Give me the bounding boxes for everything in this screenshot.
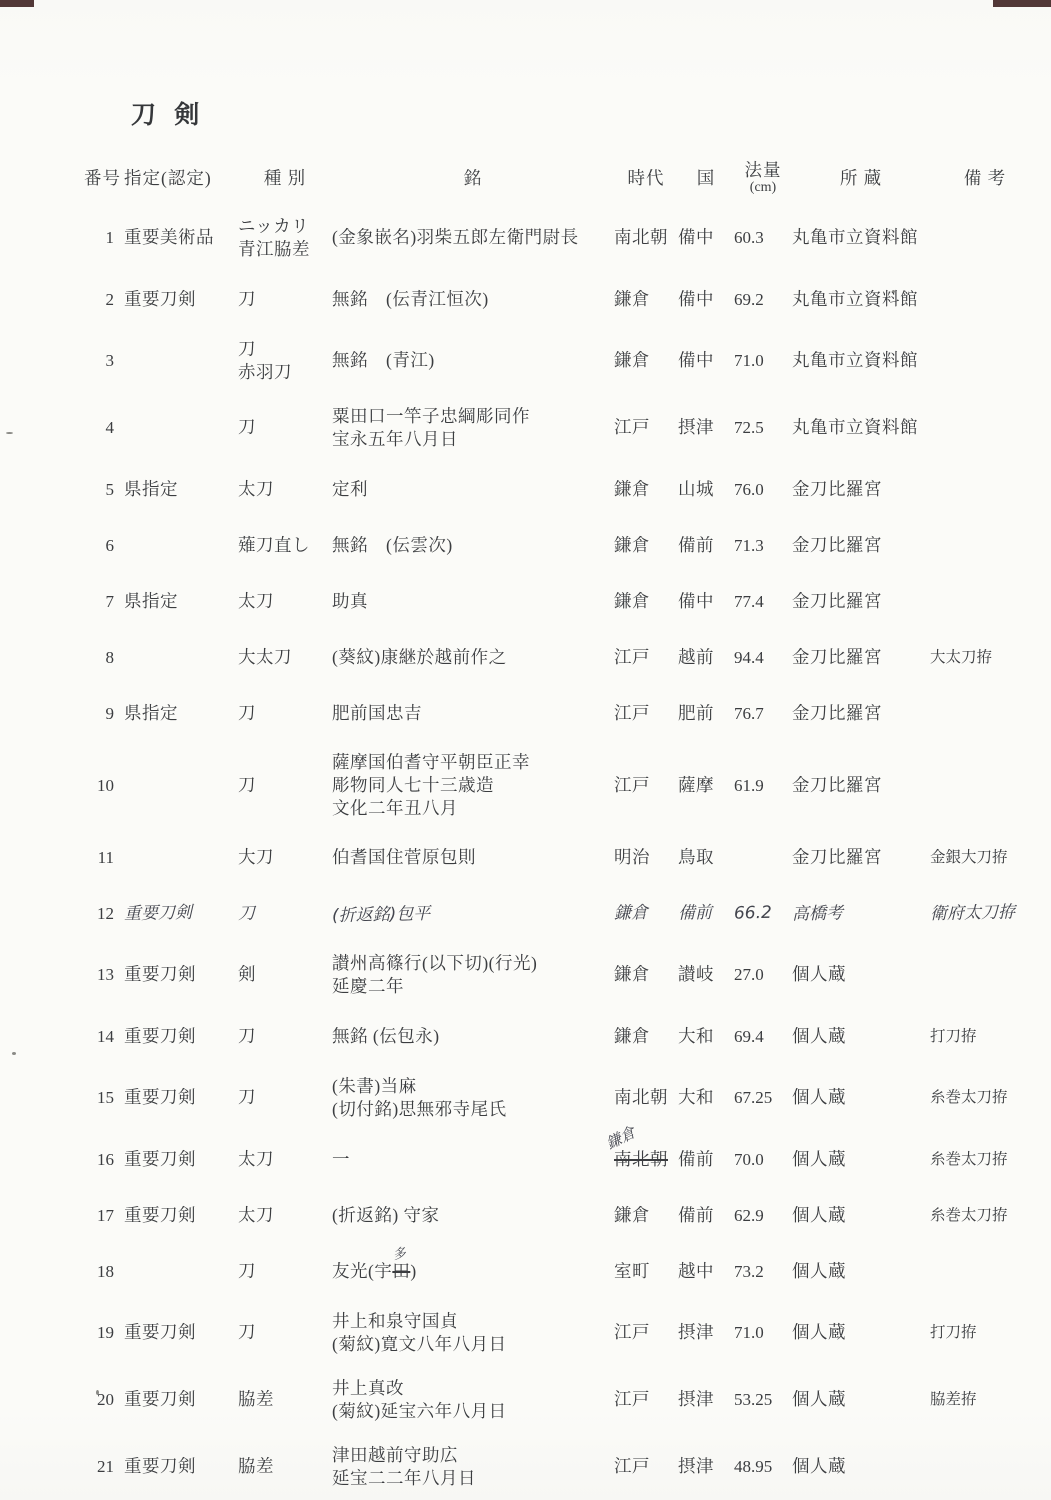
- header-owner: 所 蔵: [792, 168, 930, 188]
- cell-number: 17: [84, 1204, 124, 1227]
- cell-mei: (葵紋)康継於越前作之: [332, 646, 614, 669]
- cell-size: 53.25: [734, 1388, 792, 1411]
- cell-number: 15: [84, 1086, 124, 1109]
- cell-number: 8: [84, 646, 124, 669]
- table-row: 3刀赤羽刀無銘 (青江)鎌倉備中71.0丸亀市立資料館: [0, 327, 1051, 394]
- cell-notes: 糸巻太刀拵: [930, 1204, 1040, 1227]
- cell-size: 71.0: [734, 1321, 792, 1344]
- cell-designation: 重要刀剣: [124, 900, 238, 925]
- table-row: 12重要刀剣刀(折返銘)包平鎌倉備前66.2高橋考衛府太刀拵: [0, 885, 1051, 941]
- cell-designation: 重要刀剣: [124, 1388, 238, 1411]
- header-notes: 備 考: [930, 168, 1040, 188]
- cell-province: 備前: [678, 1148, 734, 1171]
- cell-mei: 無銘 (伝雲次): [332, 534, 614, 557]
- cell-type: 刀: [238, 774, 332, 797]
- cell-era: 江戸: [614, 702, 678, 725]
- cell-owner: 金刀比羅宮: [792, 534, 930, 557]
- header-designation: 指定(認定): [124, 168, 238, 188]
- cell-era: 江戸: [614, 1388, 678, 1411]
- cell-type: 太刀: [238, 1148, 332, 1171]
- cell-owner: 金刀比羅宮: [792, 478, 930, 501]
- cell-owner: 個人蔵: [792, 1025, 930, 1048]
- cell-type: 刀: [238, 901, 332, 926]
- cell-province: 肥前: [678, 702, 734, 725]
- cell-mei: 無銘 (青江): [332, 349, 614, 372]
- cell-number: 4: [84, 416, 124, 439]
- table-row: 9県指定刀肥前国忠吉江戸肥前76.7金刀比羅宮: [0, 685, 1051, 741]
- cell-owner: 個人蔵: [792, 1321, 930, 1344]
- handwritten-correction: 多: [391, 1241, 409, 1266]
- cell-province: 備前: [678, 901, 734, 925]
- cell-era: 江戸: [614, 1321, 678, 1344]
- cell-size: 69.4: [734, 1025, 792, 1048]
- table-row: 6薙刀直し無銘 (伝雲次)鎌倉備前71.3金刀比羅宮: [0, 517, 1051, 573]
- cell-number: 1: [84, 226, 124, 249]
- cell-province: 越中: [678, 1260, 734, 1283]
- cell-mei: 肥前国忠吉: [332, 702, 614, 725]
- cell-mei: (折返銘) 守家: [332, 1204, 614, 1227]
- cell-mei: 一: [332, 1148, 614, 1171]
- cell-designation: 重要刀剣: [124, 1086, 238, 1109]
- cell-type: 太刀: [238, 590, 332, 613]
- cell-owner: 個人蔵: [792, 1260, 930, 1283]
- cell-size: 71.0: [734, 349, 792, 372]
- header-number: 番号: [84, 168, 124, 188]
- cell-owner: 丸亀市立資料館: [792, 288, 930, 311]
- cell-notes: 糸巻太刀拵: [930, 1148, 1040, 1171]
- cell-province: 摂津: [678, 1321, 734, 1344]
- cell-notes: 衛府太刀拵: [930, 900, 1040, 925]
- header-mei: 銘: [332, 168, 614, 188]
- table-row: 19重要刀剣刀井上和泉守国貞(菊紋)寛文八年八月日江戸摂津71.0個人蔵打刀拵: [0, 1299, 1051, 1366]
- cell-province: 備前: [678, 1204, 734, 1227]
- cell-mei: 定利: [332, 478, 614, 501]
- cell-era: 鎌倉: [614, 963, 678, 986]
- cell-province: 備中: [678, 288, 734, 311]
- cell-size: 77.4: [734, 590, 792, 613]
- cell-era: 江戸: [614, 1455, 678, 1478]
- cell-owner: 個人蔵: [792, 963, 930, 986]
- cell-number: 16: [84, 1148, 124, 1171]
- cell-designation: 重要刀剣: [124, 1204, 238, 1227]
- cell-era: 江戸: [614, 646, 678, 669]
- cell-owner: 金刀比羅宮: [792, 590, 930, 613]
- cell-province: 備中: [678, 226, 734, 249]
- cell-number: 20: [84, 1388, 124, 1411]
- cell-province: 備中: [678, 590, 734, 613]
- cell-era: 鎌倉: [614, 288, 678, 311]
- cell-province: 備中: [678, 349, 734, 372]
- cell-province: 大和: [678, 1025, 734, 1048]
- cell-size: 62.9: [734, 1204, 792, 1227]
- cell-size: 27.0: [734, 963, 792, 986]
- cell-number: 9: [84, 702, 124, 725]
- cell-notes: 打刀拵: [930, 1025, 1040, 1048]
- cell-owner: 丸亀市立資料館: [792, 416, 930, 439]
- cell-province: 越前: [678, 646, 734, 669]
- page-title: 刀 剣: [131, 95, 205, 131]
- cell-number: 13: [84, 963, 124, 986]
- header-size-line1: 法量: [745, 160, 782, 180]
- cell-designation: 重要刀剣: [124, 288, 238, 311]
- sword-table: 番号 指定(認定) 種 別 銘 時代 国 法量 (cm) 所 蔵 備 考 1重要…: [0, 152, 1051, 1500]
- cell-owner: 個人蔵: [792, 1086, 930, 1109]
- cell-era: 明治: [614, 846, 678, 869]
- table-row: 21重要刀剣脇差津田越前守助広延宝二二年八月日江戸摂津48.95個人蔵: [0, 1433, 1051, 1500]
- cell-mei: 無銘 (伝包永): [332, 1025, 614, 1048]
- table-row: 20重要刀剣脇差井上真改(菊紋)延宝六年八月日江戸摂津53.25個人蔵脇差拵: [0, 1366, 1051, 1433]
- cell-mei: 伯耆国住菅原包則: [332, 846, 614, 869]
- cell-size: 60.3: [734, 226, 792, 249]
- table-body: 1重要美術品ニッカリ青江脇差(金象嵌名)羽柴五郎左衛門尉長南北朝備中60.3丸亀…: [0, 204, 1051, 1500]
- cell-number: 2: [84, 288, 124, 311]
- table-row: 7県指定太刀助真鎌倉備中77.4金刀比羅宮: [0, 573, 1051, 629]
- cell-province: 薩摩: [678, 774, 734, 797]
- cell-province: 山城: [678, 478, 734, 501]
- cell-owner: 個人蔵: [792, 1455, 930, 1478]
- cell-designation: 県指定: [124, 590, 238, 613]
- cell-owner: 個人蔵: [792, 1204, 930, 1227]
- cell-number: 14: [84, 1025, 124, 1048]
- cell-designation: 重要刀剣: [124, 1455, 238, 1478]
- cell-mei: (折返銘)包平: [332, 899, 614, 928]
- cell-era: 鎌倉: [614, 590, 678, 613]
- cell-mei: 粟田口一竿子忠綱彫同作宝永五年八月日: [332, 405, 614, 451]
- cell-type: 大刀: [238, 846, 332, 869]
- cell-owner: 金刀比羅宮: [792, 846, 930, 869]
- table-row: 14重要刀剣刀無銘 (伝包永)鎌倉大和69.4個人蔵打刀拵: [0, 1008, 1051, 1064]
- cell-number: 12: [84, 902, 124, 925]
- cell-era: 江戸: [614, 416, 678, 439]
- cell-mei: 井上真改(菊紋)延宝六年八月日: [332, 1377, 614, 1423]
- table-row: 4刀粟田口一竿子忠綱彫同作宝永五年八月日江戸摂津72.5丸亀市立資料館: [0, 394, 1051, 461]
- cell-designation: 重要刀剣: [124, 1025, 238, 1048]
- cell-number: 6: [84, 534, 124, 557]
- cell-province: 摂津: [678, 416, 734, 439]
- cell-size: 61.9: [734, 774, 792, 797]
- scan-corner-mark: [0, 0, 34, 7]
- cell-mei: 無銘 (伝青江恒次): [332, 288, 614, 311]
- cell-province: 摂津: [678, 1455, 734, 1478]
- cell-size: 76.0: [734, 478, 792, 501]
- cell-number: 19: [84, 1321, 124, 1344]
- cell-era: 鎌倉: [614, 478, 678, 501]
- cell-size: 73.2: [734, 1260, 792, 1283]
- cell-type: 刀: [238, 416, 332, 439]
- cell-designation: 重要刀剣: [124, 963, 238, 986]
- cell-number: 21: [84, 1455, 124, 1478]
- cell-era: 南北朝鎌倉: [614, 1148, 678, 1171]
- header-size: 法量 (cm): [734, 160, 792, 196]
- cell-notes: 糸巻太刀拵: [930, 1086, 1040, 1109]
- cell-type: 刀: [238, 1260, 332, 1283]
- cell-mei: 讃州高篠行(以下切)(行光)延慶二年: [332, 952, 614, 998]
- cell-owner: 金刀比羅宮: [792, 646, 930, 669]
- table-row: 2重要刀剣刀無銘 (伝青江恒次)鎌倉備中69.2丸亀市立資料館: [0, 271, 1051, 327]
- scanned-document: { "page": { "title": "刀 剣" }, "table": {…: [0, 0, 1051, 1500]
- cell-mei: 薩摩国伯耆守平朝臣正幸彫物同人七十三歳造文化二年丑八月: [332, 751, 614, 820]
- cell-notes: 金銀大刀拵: [930, 846, 1040, 869]
- cell-size: 66.2: [734, 901, 792, 925]
- cell-type: 刀: [238, 288, 332, 311]
- cell-mei: 友光(宇田多): [332, 1260, 614, 1283]
- cell-mei: 津田越前守助広延宝二二年八月日: [332, 1444, 614, 1490]
- header-type: 種 別: [238, 168, 332, 188]
- cell-owner: 丸亀市立資料館: [792, 349, 930, 372]
- cell-notes: 打刀拵: [930, 1321, 1040, 1344]
- cell-owner: 個人蔵: [792, 1388, 930, 1411]
- cell-type: 薙刀直し: [238, 534, 332, 557]
- table-row: 11大刀伯耆国住菅原包則明治鳥取金刀比羅宮金銀大刀拵: [0, 829, 1051, 885]
- cell-owner: 高橋考: [792, 900, 930, 926]
- cell-owner: 丸亀市立資料館: [792, 226, 930, 249]
- cell-number: 3: [84, 349, 124, 372]
- cell-province: 讃岐: [678, 963, 734, 986]
- cell-designation: 重要刀剣: [124, 1148, 238, 1171]
- cell-era: 鎌倉: [614, 349, 678, 372]
- header-size-line2: (cm): [750, 180, 776, 196]
- document-page: 刀 剣 番号 指定(認定) 種 別 銘 時代 国 法量 (cm) 所 蔵 備 考…: [0, 0, 1051, 1500]
- cell-type: 大太刀: [238, 646, 332, 669]
- cell-province: 備前: [678, 534, 734, 557]
- cell-type: 太刀: [238, 478, 332, 501]
- cell-province: 鳥取: [678, 846, 734, 869]
- cell-type: 剣: [238, 963, 332, 986]
- table-row: 5県指定太刀定利鎌倉山城76.0金刀比羅宮: [0, 461, 1051, 517]
- cell-type: 刀赤羽刀: [238, 338, 332, 384]
- cell-mei: 助真: [332, 590, 614, 613]
- cell-type: 刀: [238, 702, 332, 725]
- cell-notes: 大太刀拵: [930, 646, 1040, 669]
- cell-designation: 重要美術品: [124, 226, 238, 249]
- cell-size: 69.2: [734, 288, 792, 311]
- table-row: 16重要刀剣太刀一南北朝鎌倉備前70.0個人蔵糸巻太刀拵: [0, 1131, 1051, 1187]
- cell-province: 大和: [678, 1086, 734, 1109]
- cell-number: 11: [84, 846, 124, 869]
- cell-type: 刀: [238, 1321, 332, 1344]
- cell-notes: 脇差拵: [930, 1388, 1040, 1411]
- table-row: 8大太刀(葵紋)康継於越前作之江戸越前94.4金刀比羅宮大太刀拵: [0, 629, 1051, 685]
- cell-size: 76.7: [734, 702, 792, 725]
- cell-size: 71.3: [734, 534, 792, 557]
- table-row: 17重要刀剣太刀(折返銘) 守家鎌倉備前62.9個人蔵糸巻太刀拵: [0, 1187, 1051, 1243]
- cell-province: 摂津: [678, 1388, 734, 1411]
- cell-designation: 県指定: [124, 702, 238, 725]
- table-row: 15重要刀剣刀(朱書)当麻(切付銘)思無邪寺尾氏南北朝大和67.25個人蔵糸巻太…: [0, 1064, 1051, 1131]
- table-header-row: 番号 指定(認定) 種 別 銘 時代 国 法量 (cm) 所 蔵 備 考: [0, 152, 1051, 204]
- cell-size: 70.0: [734, 1148, 792, 1171]
- table-row: 18刀友光(宇田多)室町越中73.2個人蔵: [0, 1243, 1051, 1299]
- cell-designation: 重要刀剣: [124, 1321, 238, 1344]
- scan-corner-mark: [993, 0, 1051, 7]
- table-row: 1重要美術品ニッカリ青江脇差(金象嵌名)羽柴五郎左衛門尉長南北朝備中60.3丸亀…: [0, 204, 1051, 271]
- cell-owner: 金刀比羅宮: [792, 774, 930, 797]
- cell-era: 南北朝: [614, 1086, 678, 1109]
- cell-era: 南北朝: [614, 226, 678, 249]
- header-era: 時代: [614, 168, 678, 188]
- cell-designation: 県指定: [124, 478, 238, 501]
- cell-type: 脇差: [238, 1388, 332, 1411]
- cell-era: 鎌倉: [614, 901, 678, 925]
- cell-type: 脇差: [238, 1455, 332, 1478]
- cell-number: 10: [84, 774, 124, 797]
- cell-mei: (金象嵌名)羽柴五郎左衛門尉長: [332, 226, 614, 249]
- cell-owner: 個人蔵: [792, 1148, 930, 1171]
- cell-type: 太刀: [238, 1204, 332, 1227]
- cell-size: 72.5: [734, 416, 792, 439]
- cell-type: 刀: [238, 1086, 332, 1109]
- cell-size: 94.4: [734, 646, 792, 669]
- cell-era: 鎌倉: [614, 534, 678, 557]
- table-row: 13重要刀剣剣讃州高篠行(以下切)(行光)延慶二年鎌倉讃岐27.0個人蔵: [0, 941, 1051, 1008]
- cell-era: 鎌倉: [614, 1204, 678, 1227]
- cell-era: 江戸: [614, 774, 678, 797]
- cell-number: 18: [84, 1260, 124, 1283]
- cell-number: 7: [84, 590, 124, 613]
- cell-type: ニッカリ青江脇差: [238, 215, 332, 261]
- cell-size: 48.95: [734, 1455, 792, 1478]
- cell-owner: 金刀比羅宮: [792, 702, 930, 725]
- cell-number: 5: [84, 478, 124, 501]
- cell-mei: (朱書)当麻(切付銘)思無邪寺尾氏: [332, 1075, 614, 1121]
- cell-era: 鎌倉: [614, 1025, 678, 1048]
- cell-size: 67.25: [734, 1086, 792, 1109]
- header-province: 国: [678, 168, 734, 188]
- cell-type: 刀: [238, 1025, 332, 1048]
- cell-mei: 井上和泉守国貞(菊紋)寛文八年八月日: [332, 1310, 614, 1356]
- table-row: 10刀薩摩国伯耆守平朝臣正幸彫物同人七十三歳造文化二年丑八月江戸薩摩61.9金刀…: [0, 741, 1051, 829]
- cell-era: 室町: [614, 1260, 678, 1283]
